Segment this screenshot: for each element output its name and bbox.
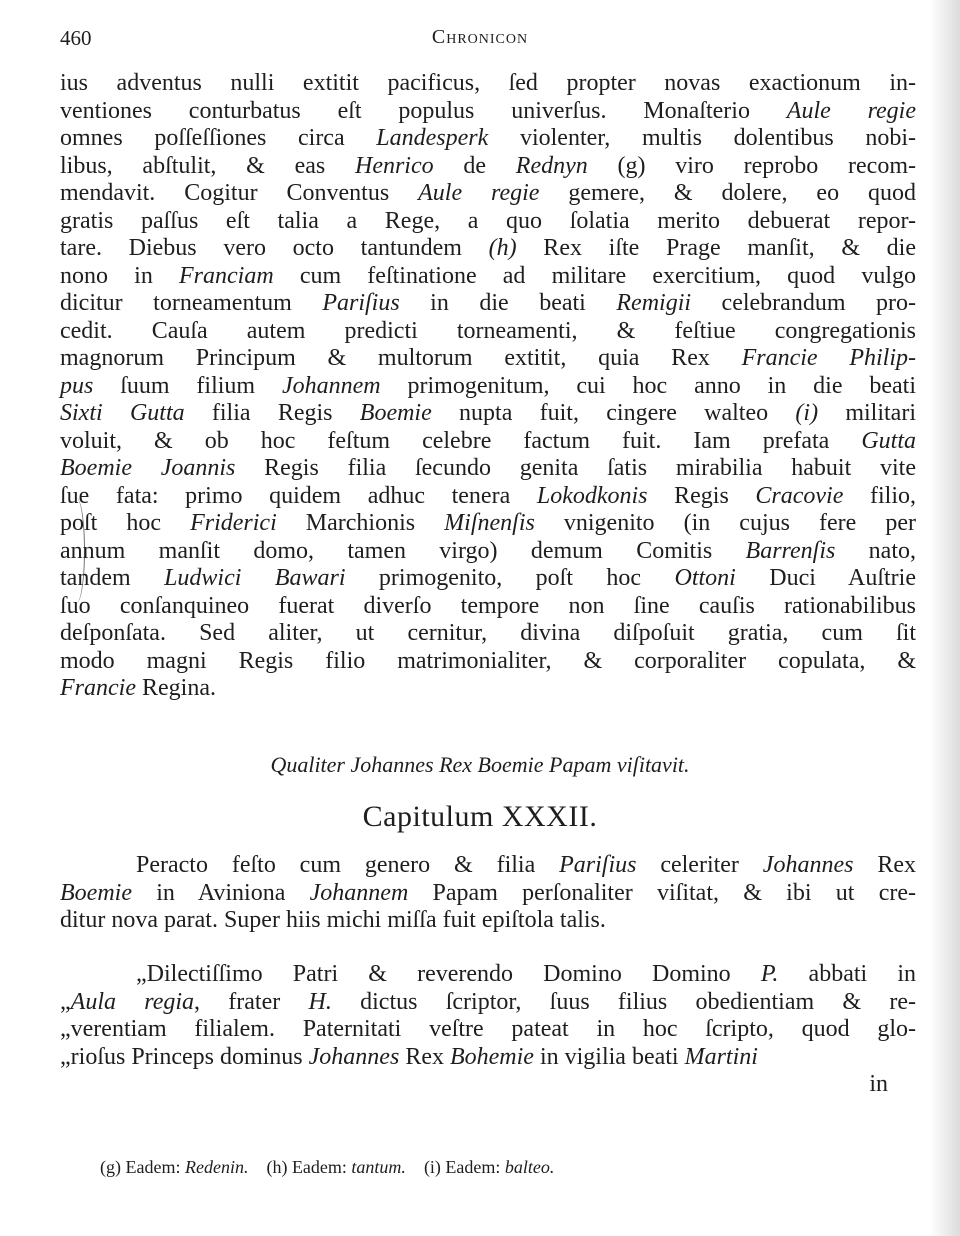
italic-text: Johannem (310, 880, 409, 906)
italic-text: Pariſius (322, 290, 399, 316)
roman-text: Peracto feſto cum genero & filia (136, 852, 559, 878)
roman-text: vnigenito (in cujus fere per (535, 510, 916, 536)
footnote: (h) Eadem: tantum. (266, 1157, 405, 1177)
text-line: Peracto feſto cum genero & filia Pariſiu… (60, 852, 916, 880)
text-line: magnorum Principum & multorum extitit, q… (60, 345, 916, 373)
footnote: (i) Eadem: balteo. (424, 1157, 554, 1177)
roman-text: Papam perſonaliter viſitat, & ibi ut cre… (408, 880, 916, 906)
roman-text: militari (818, 400, 916, 426)
text-line: pus ſuum filium Johannem primogenitum, c… (60, 373, 916, 401)
text-line: ius adventus nulli extitit pacificus, ſe… (60, 70, 916, 98)
roman-text: deſponſata. Sed aliter, ut cernitur, div… (60, 620, 916, 646)
roman-text: gratis paſſus eſt talia a Rege, a quo ſo… (60, 208, 916, 234)
text-line: poſt hoc Friderici Marchionis Miſnenſis … (60, 510, 916, 538)
roman-text: Duci Auſtrie (736, 565, 916, 591)
roman-text: in vigilia beati (534, 1044, 685, 1070)
roman-text: de (434, 153, 516, 179)
text-line: ſuo conſanquineo fuerat diverſo tempore … (60, 593, 916, 621)
text-line: „rioſus Princeps dominus Johannes Rex Bo… (60, 1044, 916, 1072)
italic-text: Boemie (60, 880, 132, 906)
italic-text: Aula regia (71, 989, 194, 1015)
page-header-title: Chronicon (60, 26, 900, 49)
paragraph-letter: „Dilectiſſimo Patri & reverendo Domino D… (60, 961, 916, 1071)
roman-text: Rex iſte Prage manſit, & die (517, 235, 916, 261)
text-line: modo magni Regis filio matrimonialiter, … (60, 648, 916, 676)
roman-text: voluit, & ob hoc feſtum celebre factum f… (60, 428, 861, 454)
italic-text: Francie (60, 675, 136, 701)
italic-text: Johannes (763, 852, 854, 878)
italic-text: Barrenſis (746, 538, 836, 564)
roman-text: „Dilectiſſimo Patri & reverendo Domino D… (136, 961, 761, 987)
roman-text: gemere, & dolere, eo quod (539, 180, 916, 206)
roman-text: cum feſtinatione ad militare exercitium,… (274, 263, 916, 289)
paragraph-chapter-opening: Peracto feſto cum genero & filia Pariſiu… (60, 852, 916, 935)
roman-text: nupta fuit, cingere walteo (432, 400, 796, 426)
paragraph-main: ius adventus nulli extitit pacificus, ſe… (60, 70, 916, 703)
text-line: tare. Diebus vero octo tantundem (h) Rex… (60, 235, 916, 263)
text-line: ſue fata: primo quidem adhuc tenera Loko… (60, 483, 916, 511)
running-head: 460 Chronicon (60, 26, 900, 56)
text-line: tandem Ludwici Bawari primogenito, poſt … (60, 565, 916, 593)
roman-text: nono in (60, 263, 179, 289)
roman-text: Marchionis (277, 510, 444, 536)
italic-text: (i) (795, 400, 818, 426)
text-line: Francie Regina. (60, 675, 916, 703)
text-line: ventiones conturbatus eſt populus univer… (60, 98, 916, 126)
roman-text: libus, abſtulit, & eas (60, 153, 355, 179)
text-line: nono in Franciam cum feſtinatione ad mil… (60, 263, 916, 291)
text-line: cedit. Cauſa autem predicti torneamenti,… (60, 318, 916, 346)
text-line: voluit, & ob hoc feſtum celebre factum f… (60, 428, 916, 456)
italic-text: H. (309, 989, 332, 1015)
roman-text: modo magni Regis filio matrimonialiter, … (60, 648, 916, 674)
italic-text: Gutta (861, 428, 916, 454)
roman-text: Regina. (136, 675, 216, 701)
catchword: in (869, 1071, 888, 1099)
footnote-variant: balteo. (505, 1157, 555, 1177)
italic-text: Cracovie (755, 483, 843, 509)
text-line: „verentiam filialem. Paternitati veſtre … (60, 1016, 916, 1044)
text-line: deſponſata. Sed aliter, ut cernitur, div… (60, 620, 916, 648)
text-line: mendavit. Cogitur Conventus Aule regie g… (60, 180, 916, 208)
footnote-mark: (i) Eadem: (424, 1157, 505, 1177)
roman-text: celebrandum pro- (691, 290, 916, 316)
roman-text: , frater (194, 989, 308, 1015)
roman-text: mendavit. Cogitur Conventus (60, 180, 418, 206)
page-edge-shadow (930, 0, 960, 1236)
roman-text: ventiones conturbatus eſt populus univer… (60, 98, 787, 124)
text-line: libus, abſtulit, & eas Henrico de Rednyn… (60, 153, 916, 181)
roman-text: Regis filia ſecundo genita ſatis mirabil… (235, 455, 916, 481)
roman-text: filio, (843, 483, 916, 509)
italic-text: Martini (685, 1044, 758, 1070)
roman-text: abbati in (778, 961, 916, 987)
italic-text: Ludwici Bawari (164, 565, 345, 591)
italic-text: Rednyn (516, 153, 588, 179)
roman-text: Rex (399, 1044, 450, 1070)
italic-text: pus (60, 373, 93, 399)
roman-text: annum manſit domo, tamen virgo) demum Co… (60, 538, 746, 564)
italic-text: Friderici (190, 510, 277, 536)
footnote-variant: Redenin. (185, 1157, 248, 1177)
text-line: omnes poſſeſſiones circa Landesperk viol… (60, 125, 916, 153)
roman-text: primogenitum, cui hoc anno in die beati (381, 373, 916, 399)
roman-text: primogenito, poſt hoc (346, 565, 675, 591)
text-line: dicitur torneamentum Pariſius in die bea… (60, 290, 916, 318)
roman-text: „verentiam filialem. Paternitati veſtre … (60, 1016, 916, 1042)
roman-text: „rioſus Princeps dominus (60, 1044, 309, 1070)
roman-text: ſue fata: primo quidem adhuc tenera (60, 483, 537, 509)
roman-text: violenter, multis dolentibus nobi- (488, 125, 916, 151)
text-line: „Aula regia, frater H. dictus ſcriptor, … (60, 989, 916, 1017)
roman-text: in die beati (400, 290, 617, 316)
footnote-mark: (g) Eadem: (100, 1157, 185, 1177)
italic-text: Francie Philip- (742, 345, 916, 371)
footnote-variant: tantum. (351, 1157, 406, 1177)
italic-text: Johannem (282, 373, 381, 399)
italic-text: Aule regie (418, 180, 539, 206)
italic-text: Landesperk (376, 125, 488, 151)
italic-text: Johannes (309, 1044, 400, 1070)
italic-text: P. (761, 961, 779, 987)
roman-text: Rex (853, 852, 916, 878)
italic-text: Franciam (179, 263, 274, 289)
roman-text: filia Regis (185, 400, 360, 426)
text-line: „Dilectiſſimo Patri & reverendo Domino D… (60, 961, 916, 989)
text-line: Boemie in Aviniona Johannem Papam perſon… (60, 880, 916, 908)
footnote: (g) Eadem: Redenin. (100, 1157, 248, 1177)
roman-text: ius adventus nulli extitit pacificus, ſe… (60, 70, 916, 96)
italic-text: Boemie (360, 400, 432, 426)
footnotes: (g) Eadem: Redenin.(h) Eadem: tantum.(i)… (100, 1157, 572, 1178)
italic-text: Ottoni (675, 565, 736, 591)
roman-text: dictus ſcriptor, ſuus filius obedientiam… (332, 989, 916, 1015)
footnote-mark: (h) Eadem: (266, 1157, 351, 1177)
italic-text: Boemie Joannis (60, 455, 235, 481)
roman-text: Regis (648, 483, 756, 509)
roman-text: ſuum filium (93, 373, 282, 399)
roman-text: omnes poſſeſſiones circa (60, 125, 376, 151)
text-line: gratis paſſus eſt talia a Rege, a quo ſo… (60, 208, 916, 236)
italic-text: Miſnenſis (444, 510, 535, 536)
italic-text: Lokodkonis (537, 483, 648, 509)
text-line: Sixti Gutta filia Regis Boemie nupta fui… (60, 400, 916, 428)
roman-text: cedit. Cauſa autem predicti torneamenti,… (60, 318, 916, 344)
roman-text: in Aviniona (132, 880, 310, 906)
italic-text: Pariſius (559, 852, 636, 878)
roman-text: magnorum Principum & multorum extitit, q… (60, 345, 742, 371)
italic-text: Sixti Gutta (60, 400, 185, 426)
roman-text: tare. Diebus vero octo tantundem (60, 235, 489, 261)
roman-text: ſuo conſanquineo fuerat diverſo tempore … (60, 593, 916, 619)
roman-text: celeriter (636, 852, 762, 878)
roman-text: tandem (60, 565, 164, 591)
roman-text: (g) viro reprobo recom- (588, 153, 916, 179)
roman-text: „ (60, 989, 71, 1015)
text-line: ditur nova parat. Super hiis michi miſſa… (60, 907, 916, 935)
roman-text: dicitur torneamentum (60, 290, 322, 316)
chapter-title: Capitulum XXXII. (0, 800, 960, 834)
italic-text: Aule regie (787, 98, 916, 124)
text-line: annum manſit domo, tamen virgo) demum Co… (60, 538, 916, 566)
roman-text: ditur nova parat. Super hiis michi miſſa… (60, 907, 606, 933)
italic-text: Remigii (616, 290, 691, 316)
italic-text: (h) (489, 235, 517, 261)
roman-text: nato, (835, 538, 916, 564)
italic-text: Henrico (355, 153, 434, 179)
italic-text: Bohemie (450, 1044, 534, 1070)
roman-text: poſt hoc (60, 510, 190, 536)
section-subheading: Qualiter Johannes Rex Boemie Papam viſit… (0, 752, 960, 778)
text-line: Boemie Joannis Regis filia ſecundo genit… (60, 455, 916, 483)
